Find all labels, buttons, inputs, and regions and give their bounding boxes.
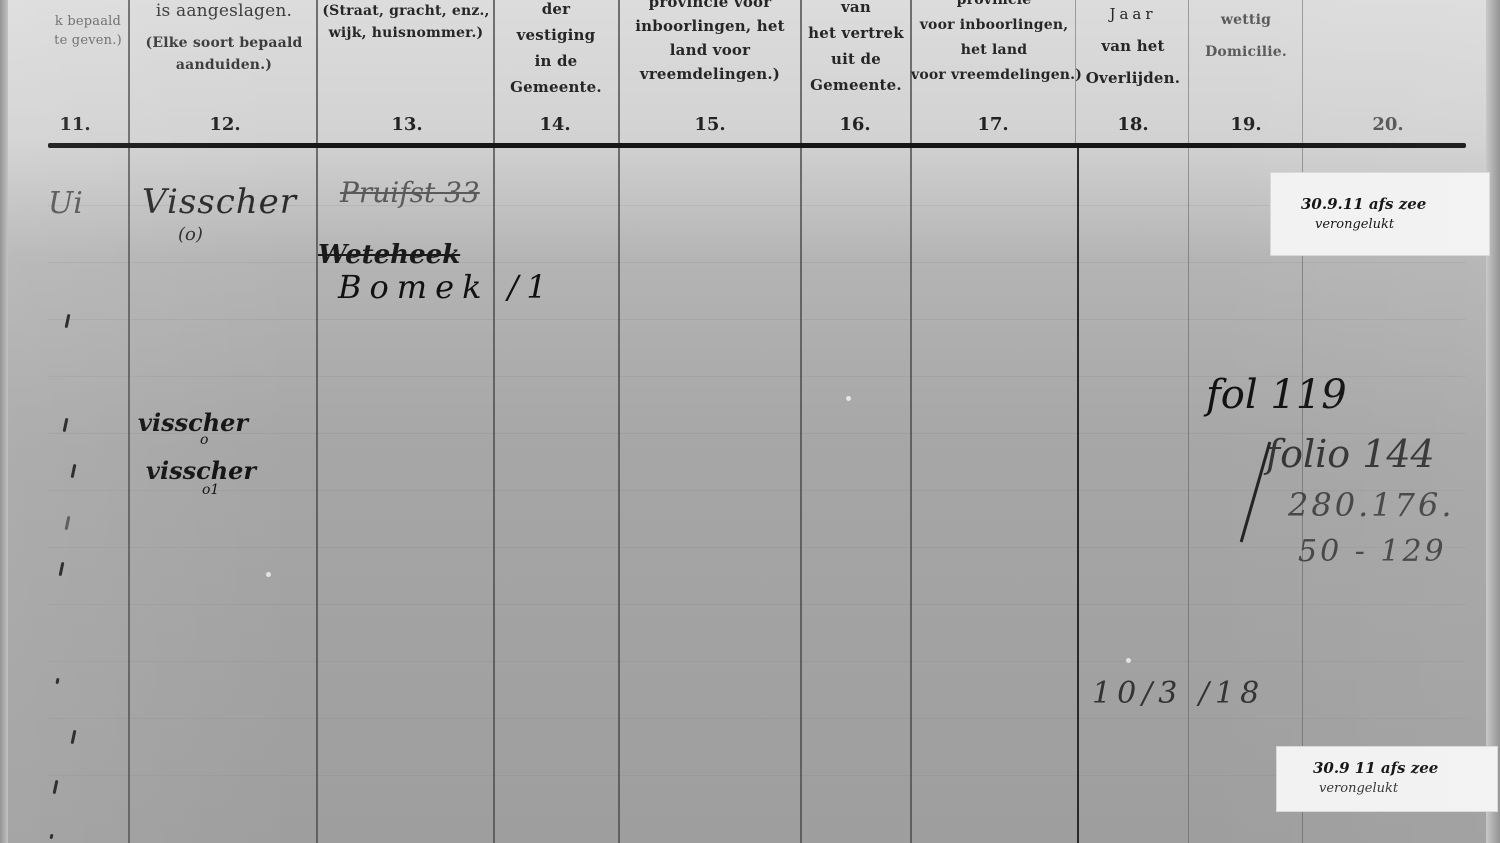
column-divider bbox=[618, 0, 620, 843]
column-divider bbox=[800, 0, 802, 843]
pasted-note-top: 30.9.11 afs zee verongelukt bbox=[1270, 172, 1490, 256]
handwritten-mark-row2: o bbox=[200, 432, 208, 448]
column-number-17: 17. bbox=[963, 114, 1023, 135]
column-divider bbox=[1077, 148, 1079, 843]
handwritten-mark-row3: o1 bbox=[202, 482, 219, 498]
handwritten-address-struck: Pruifst 33 bbox=[340, 176, 480, 209]
header-rule bbox=[48, 143, 1466, 148]
dust-speck bbox=[1126, 658, 1131, 663]
handwritten-reference-1: 280.176. bbox=[1288, 486, 1455, 524]
column-number-20: 20. bbox=[1358, 114, 1418, 135]
handwritten-folio: fol 119 bbox=[1206, 372, 1347, 418]
column-number-15: 15. bbox=[680, 114, 740, 135]
handwritten-folio-2: folio 144 bbox=[1266, 432, 1435, 476]
ruling-line bbox=[48, 718, 1466, 719]
column-divider bbox=[1188, 0, 1189, 843]
column-divider bbox=[910, 0, 912, 843]
column-header-15: provincie voor inboorlingen, het land vo… bbox=[620, 0, 800, 86]
column-header-13: (Straat, gracht, enz., wijk, huisnommer.… bbox=[318, 0, 494, 44]
column-number-16: 16. bbox=[825, 114, 885, 135]
column-divider bbox=[1302, 0, 1303, 843]
page-right-edge bbox=[1486, 0, 1500, 843]
tick-mark bbox=[55, 678, 59, 684]
column-divider bbox=[316, 0, 318, 843]
column-header-17: provincie voor inboorlingen, het land vo… bbox=[911, 0, 1077, 88]
handwritten-reference-2: 50 - 129 bbox=[1298, 534, 1447, 569]
ruling-line bbox=[48, 262, 1466, 263]
tick-mark bbox=[71, 730, 77, 744]
column-header-16: van het vertrek uit de Gemeente. bbox=[802, 0, 910, 98]
column-header-11: k bepaald te geven.) bbox=[46, 12, 130, 50]
column-number-11: 11. bbox=[45, 114, 105, 135]
handwritten-address: Bomek /1 bbox=[338, 268, 555, 306]
handwritten-occupation-row3: visscher bbox=[146, 456, 256, 485]
tick-mark bbox=[53, 780, 59, 794]
ruling-line bbox=[48, 661, 1466, 662]
ruling-line bbox=[48, 547, 1466, 548]
column-number-14: 14. bbox=[525, 114, 585, 135]
tick-mark bbox=[65, 314, 71, 328]
tick-mark bbox=[63, 418, 69, 432]
page-left-edge bbox=[0, 0, 8, 843]
column-header-12: is aangeslagen. (Elke soort bepaald aand… bbox=[132, 0, 316, 76]
tick-mark bbox=[71, 464, 77, 478]
handwritten-col11: Ui bbox=[48, 186, 83, 221]
tick-mark bbox=[50, 834, 54, 840]
register-page: k bepaald te geven.) is aangeslagen. (El… bbox=[0, 0, 1500, 843]
handwritten-occupation: Visscher bbox=[142, 182, 297, 222]
handwritten-occupation-mark: (o) bbox=[178, 224, 203, 245]
handwritten-death-date: 10/3 /18 bbox=[1092, 676, 1265, 711]
ruling-line bbox=[48, 775, 1466, 776]
column-divider bbox=[493, 0, 495, 843]
handwritten-occupation-row2: visscher bbox=[138, 408, 248, 437]
pasted-note-bottom: 30.9 11 afs zee verongelukt bbox=[1276, 746, 1498, 812]
handwritten-stroke bbox=[1240, 442, 1272, 543]
column-divider bbox=[128, 0, 130, 843]
dust-speck bbox=[266, 572, 271, 577]
column-header-14: der vestiging in de Gemeente. bbox=[495, 0, 617, 100]
column-number-18: 18. bbox=[1103, 114, 1163, 135]
column-number-13: 13. bbox=[377, 114, 437, 135]
handwritten-address-struck: Weteheek bbox=[318, 240, 460, 270]
column-number-19: 19. bbox=[1216, 114, 1276, 135]
ruling-line bbox=[48, 433, 1466, 434]
dust-speck bbox=[846, 396, 851, 401]
tick-mark bbox=[59, 562, 65, 576]
column-header-18: Jaar van het Overlijden. bbox=[1078, 0, 1188, 94]
ruling-line bbox=[48, 604, 1466, 605]
column-number-12: 12. bbox=[195, 114, 255, 135]
tick-mark bbox=[65, 516, 71, 530]
ruling-line bbox=[48, 319, 1466, 320]
column-header-19: wettig Domicilie. bbox=[1190, 4, 1302, 68]
